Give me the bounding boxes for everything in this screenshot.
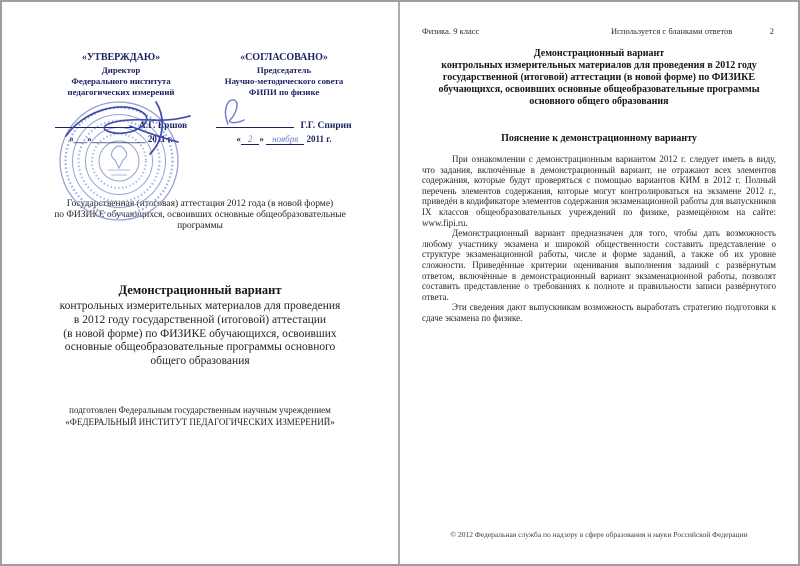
- section-heading: Пояснение к демонстрационному варианту: [400, 133, 798, 144]
- agree-role-line: Научно-методического совета: [198, 76, 370, 87]
- title-line: Демонстрационный вариант: [400, 48, 798, 60]
- paragraph: Эти сведения дают выпускникам возможност…: [422, 302, 776, 323]
- agree-title: «СОГЛАСОВАНО»: [198, 52, 370, 63]
- agree-role-line: Председатель: [198, 65, 370, 76]
- page-title: «УТВЕРЖДАЮ» Директор Федерального инстит…: [2, 2, 400, 564]
- paragraph: При ознакомлении с демонстрационным вари…: [422, 154, 776, 228]
- agree-signer-name: Г.Г. Спирин: [300, 121, 351, 131]
- title-line: государственной (итоговой) аттестации (в…: [400, 72, 798, 84]
- header-course: Физика. 9 класс: [422, 26, 479, 36]
- document-spread: «УТВЕРЖДАЮ» Директор Федерального инстит…: [0, 0, 800, 566]
- date-year: 2011 г.: [307, 134, 332, 144]
- title-line: основного общего образования: [400, 96, 798, 108]
- demo-subtitle-line: контрольных измерительных материалов для…: [2, 300, 398, 314]
- demo-variant-title: Демонстрационный вариант: [2, 283, 398, 298]
- approve-block: «УТВЕРЖДАЮ» Директор Федерального инстит…: [32, 52, 210, 98]
- prepared-by: подготовлен Федеральным государственным …: [2, 404, 398, 428]
- header-page-number: 2: [744, 26, 774, 36]
- demo-subtitle-line: в 2012 году государственной (итоговой) а…: [2, 314, 398, 328]
- body-text: При ознакомлении с демонстрационным вари…: [422, 154, 776, 324]
- demo-variant-subtitle: контрольных измерительных материалов для…: [2, 300, 398, 369]
- title-line: контрольных измерительных материалов для…: [400, 60, 798, 72]
- date-month-handwritten: ноября: [266, 134, 304, 145]
- copyright-footer: © 2012 Федеральная служба по надзору в с…: [400, 530, 798, 539]
- demo-subtitle-line: основные общеобразовательные программы о…: [2, 341, 398, 355]
- agree-block: «СОГЛАСОВАНО» Председатель Научно-методи…: [198, 52, 370, 98]
- header-usage-note: Используется с бланками ответов: [479, 26, 744, 36]
- date-quote-close: »: [259, 134, 264, 144]
- prepared-line: подготовлен Федеральным государственным …: [2, 404, 398, 416]
- prepared-line: «ФЕДЕРАЛЬНЫЙ ИНСТИТУТ ПЕДАГОГИЧЕСКИХ ИЗМ…: [2, 416, 398, 428]
- approve-role-line: Директор: [32, 65, 210, 76]
- title-line: обучающихся, освоивших основные общеобра…: [400, 84, 798, 96]
- document-title: Демонстрационный вариант контрольных изм…: [400, 48, 798, 108]
- demo-subtitle-line: общего образования: [2, 355, 398, 369]
- paragraph: Демонстрационный вариант предназначен дл…: [422, 228, 776, 302]
- approve-title: «УТВЕРЖДАЮ»: [32, 52, 210, 63]
- approve-role-line: Федерального института: [32, 76, 210, 87]
- page-2: Физика. 9 класс Используется с бланками …: [400, 2, 798, 564]
- signature-ershov: [60, 96, 240, 163]
- demo-subtitle-line: (в новой форме) по ФИЗИКЕ обучающихся, о…: [2, 328, 398, 342]
- page-header: Физика. 9 класс Используется с бланками …: [422, 26, 774, 36]
- date-day-handwritten: 2: [241, 134, 260, 145]
